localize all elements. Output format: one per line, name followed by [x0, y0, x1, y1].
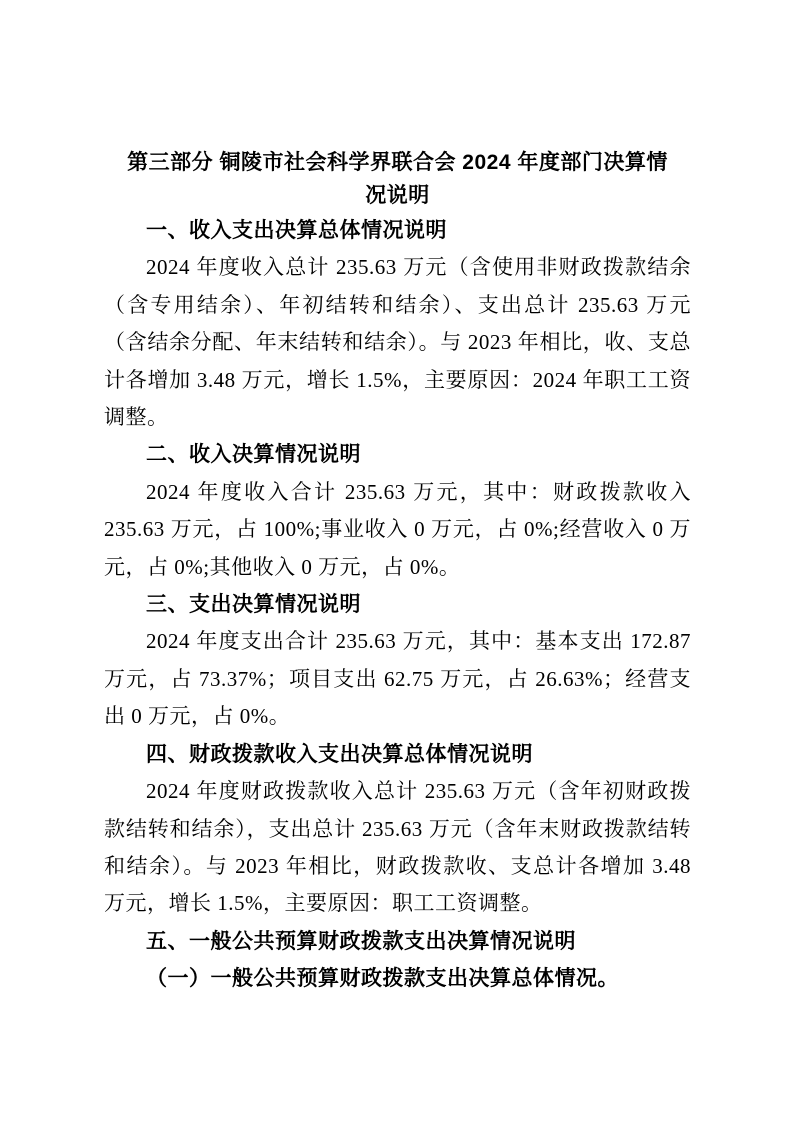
section-heading-fiscal-appropriation-overview: 四、财政拨款收入支出决算总体情况说明	[104, 736, 691, 773]
paragraph-income-expenditure-overview: 2024 年度收入总计 235.63 万元（含使用非财政拨款结余（含专用结余）、…	[104, 249, 691, 436]
section-heading-general-public-budget-expenditure: 五、一般公共预算财政拨款支出决算情况说明	[104, 923, 691, 960]
document-title-line-1: 第三部分 铜陵市社会科学界联合会 2024 年度部门决算情	[104, 146, 691, 179]
subheading-general-public-budget-expenditure-overview: （一）一般公共预算财政拨款支出决算总体情况。	[104, 960, 691, 997]
document-content: 第三部分 铜陵市社会科学界联合会 2024 年度部门决算情 况说明 一、收入支出…	[104, 146, 691, 998]
section-heading-income-final-accounts: 二、收入决算情况说明	[104, 436, 691, 473]
document-page: 第三部分 铜陵市社会科学界联合会 2024 年度部门决算情 况说明 一、收入支出…	[0, 0, 793, 1122]
paragraph-income-final-accounts: 2024 年度收入合计 235.63 万元，其中：财政拨款收入 235.63 万…	[104, 474, 691, 586]
paragraph-fiscal-appropriation-overview: 2024 年度财政拨款收入总计 235.63 万元（含年初财政拨款结转和结余），…	[104, 773, 691, 923]
section-heading-expenditure-final-accounts: 三、支出决算情况说明	[104, 586, 691, 623]
document-title-line-2: 况说明	[104, 179, 691, 212]
section-heading-income-expenditure-overview: 一、收入支出决算总体情况说明	[104, 212, 691, 249]
paragraph-expenditure-final-accounts: 2024 年度支出合计 235.63 万元，其中：基本支出 172.87 万元，…	[104, 623, 691, 735]
document-title: 第三部分 铜陵市社会科学界联合会 2024 年度部门决算情 况说明	[104, 146, 691, 212]
